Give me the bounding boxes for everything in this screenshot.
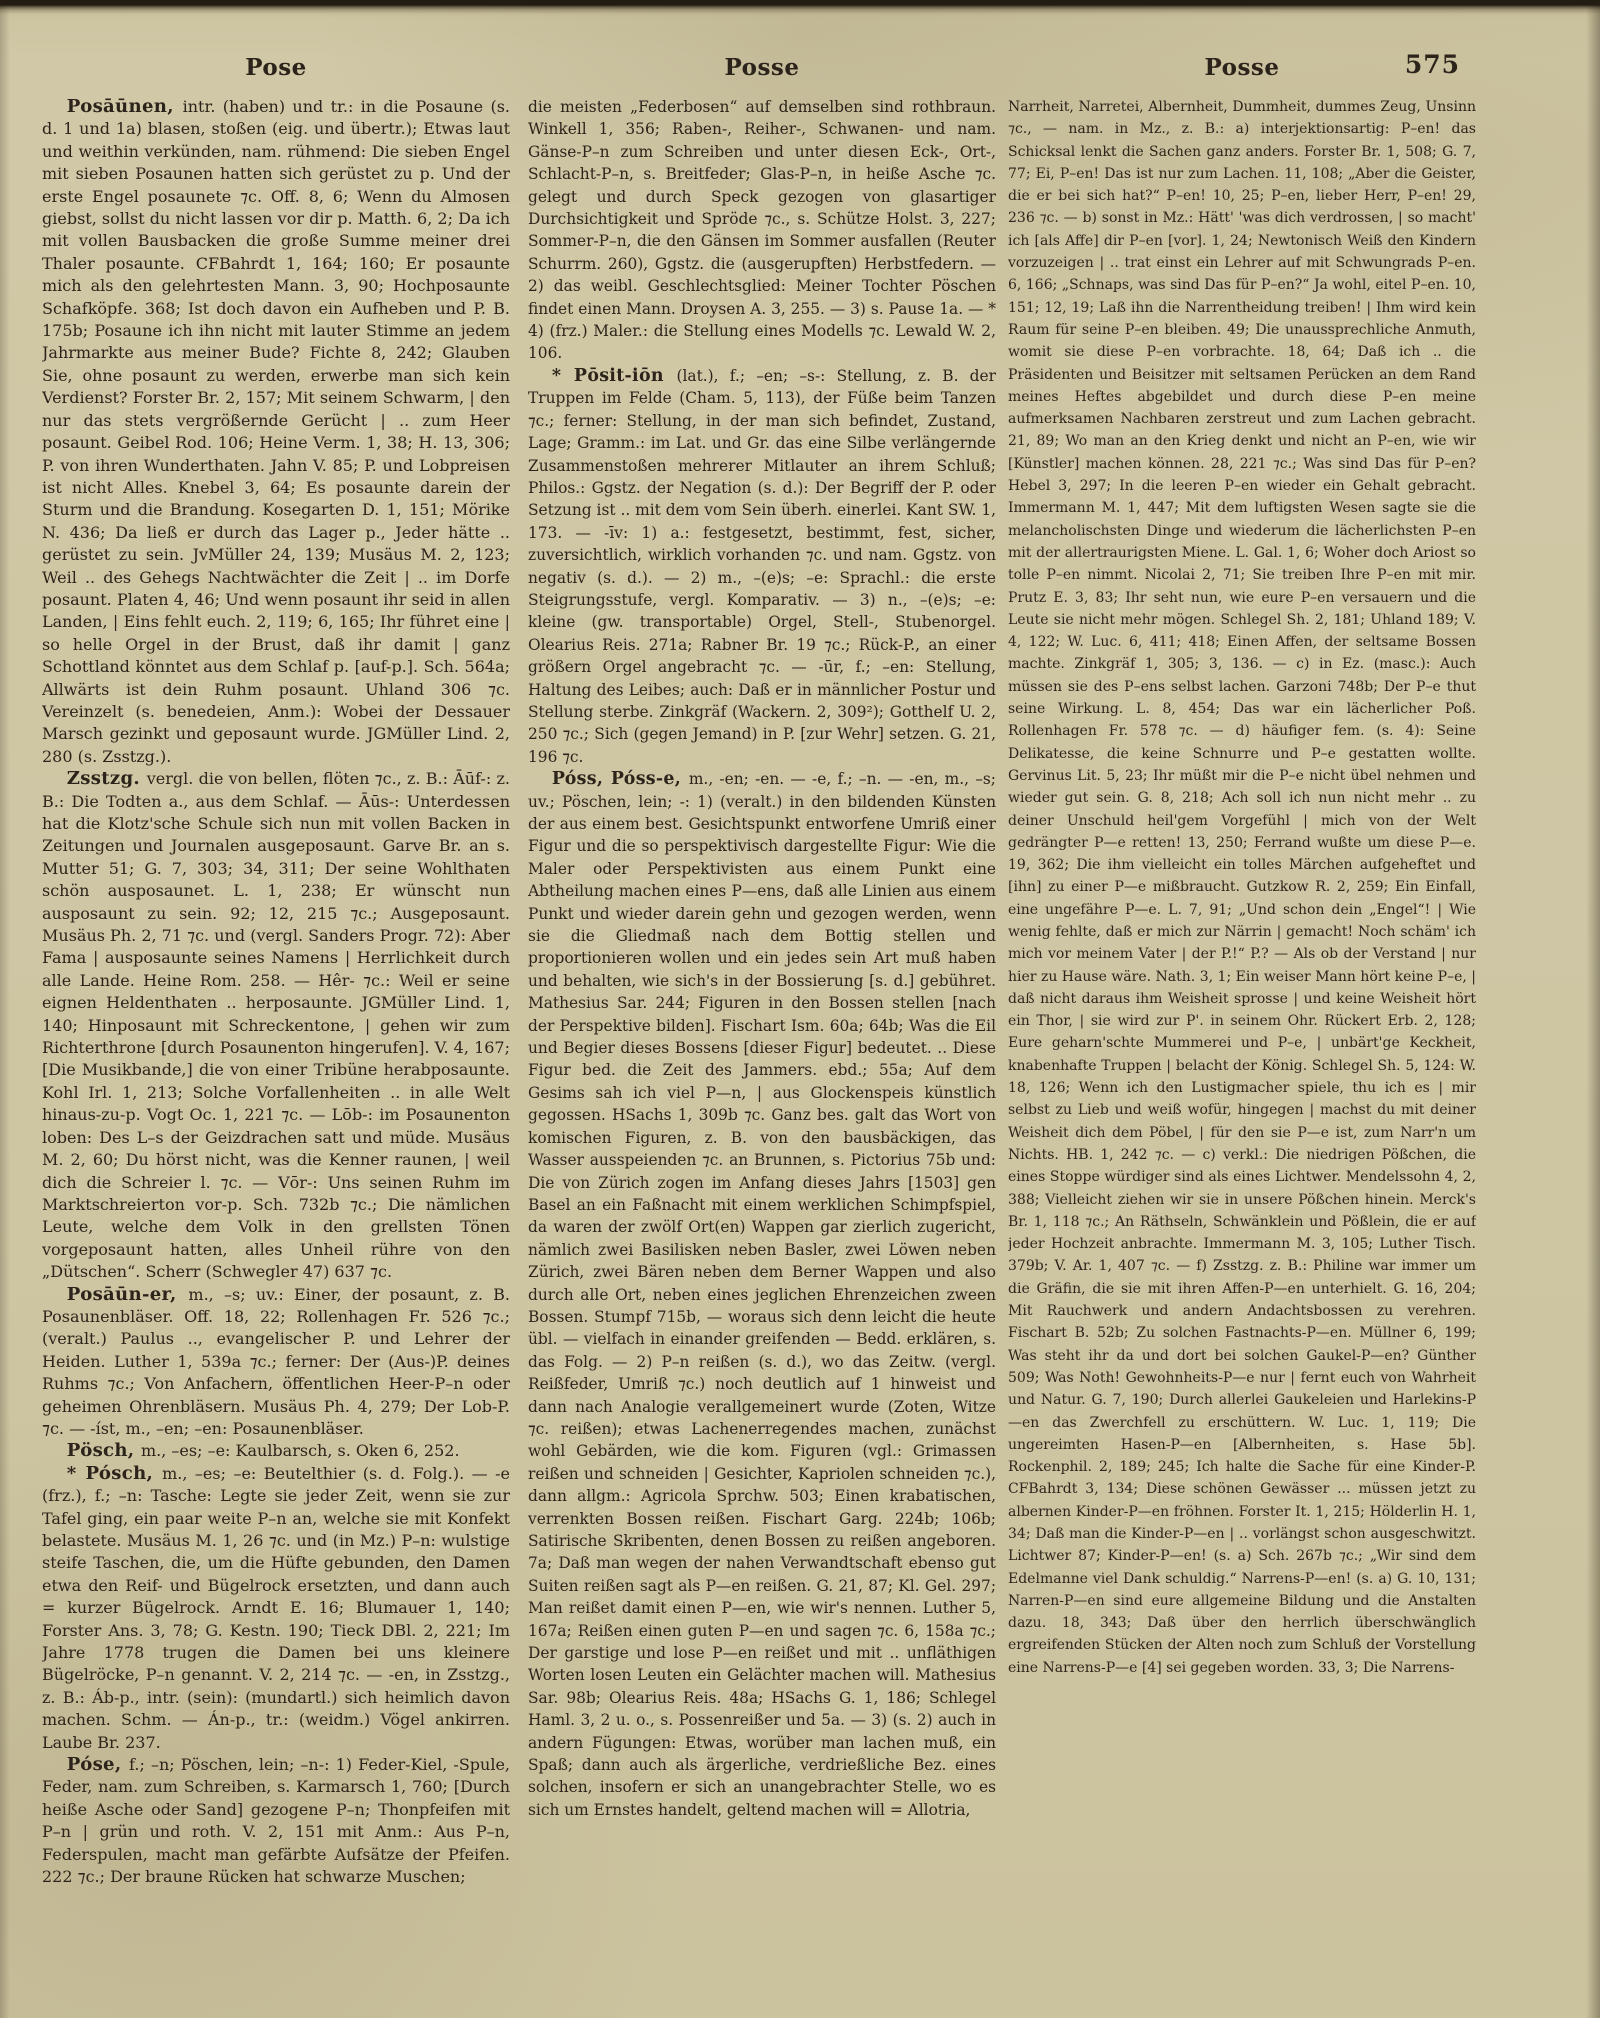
scan-edge-left — [0, 0, 10, 2018]
dictionary-entry: Póse, f.; –n; Pöschen, lein; –n-: 1) Fed… — [42, 1754, 510, 1888]
entry-continuation: Narrheit, Narretei, Albernheit, Dummheit… — [1008, 96, 1476, 1679]
running-head-left: Pose — [42, 54, 510, 82]
dictionary-entry: * Pósch, m., –es; –e: Beutelthier (s. d.… — [42, 1463, 510, 1754]
scan-edge-right — [1586, 0, 1600, 2018]
dictionary-entry: Posāūn-er, m., –s; uv.: Einer, der posau… — [42, 1284, 510, 1441]
entry-continuation: die meisten „Federbosen“ auf demselben s… — [528, 96, 996, 365]
dictionary-entry: Zsstzg. vergl. die von bellen, flöten ⁊c… — [42, 768, 510, 1283]
running-head-center: Posse — [528, 54, 996, 82]
entry-headword: * Pósch, — [67, 1463, 162, 1484]
text-column-right: Narrheit, Narretei, Albernheit, Dummheit… — [1008, 96, 1476, 1896]
dictionary-entry: Póss, Póss-e, m., -en; -en. — -e, f.; –n… — [528, 768, 996, 1821]
text-column-left: Posāūnen, intr. (haben) und tr.: in die … — [42, 96, 510, 1896]
dictionary-page-scan: Pose Posse Posse 575 Posāūnen, intr. (ha… — [0, 0, 1600, 2018]
entry-headword: Posāūnen, — [67, 96, 183, 117]
dictionary-entry: * Pōsit-iōn (lat.), f.; –en; –s-: Stellu… — [528, 365, 996, 768]
scan-edge-top — [0, 0, 1600, 14]
dictionary-entry: Posāūnen, intr. (haben) und tr.: in die … — [42, 96, 510, 768]
entry-headword: Zsstzg. — [67, 768, 147, 789]
entry-headword: Póse, — [67, 1754, 129, 1775]
entry-headword: * Pōsit-iōn — [552, 366, 677, 386]
page-number: 575 — [1405, 50, 1460, 79]
entry-headword: Pösch, — [67, 1440, 141, 1461]
entry-headword: Posāūn-er, — [67, 1284, 189, 1305]
entry-headword: Póss, Póss-e, — [552, 769, 689, 789]
text-column-center: die meisten „Federbosen“ auf demselben s… — [528, 96, 996, 1896]
dictionary-entry: Pösch, m., –es; –e: Kaulbarsch, s. Oken … — [42, 1440, 510, 1462]
